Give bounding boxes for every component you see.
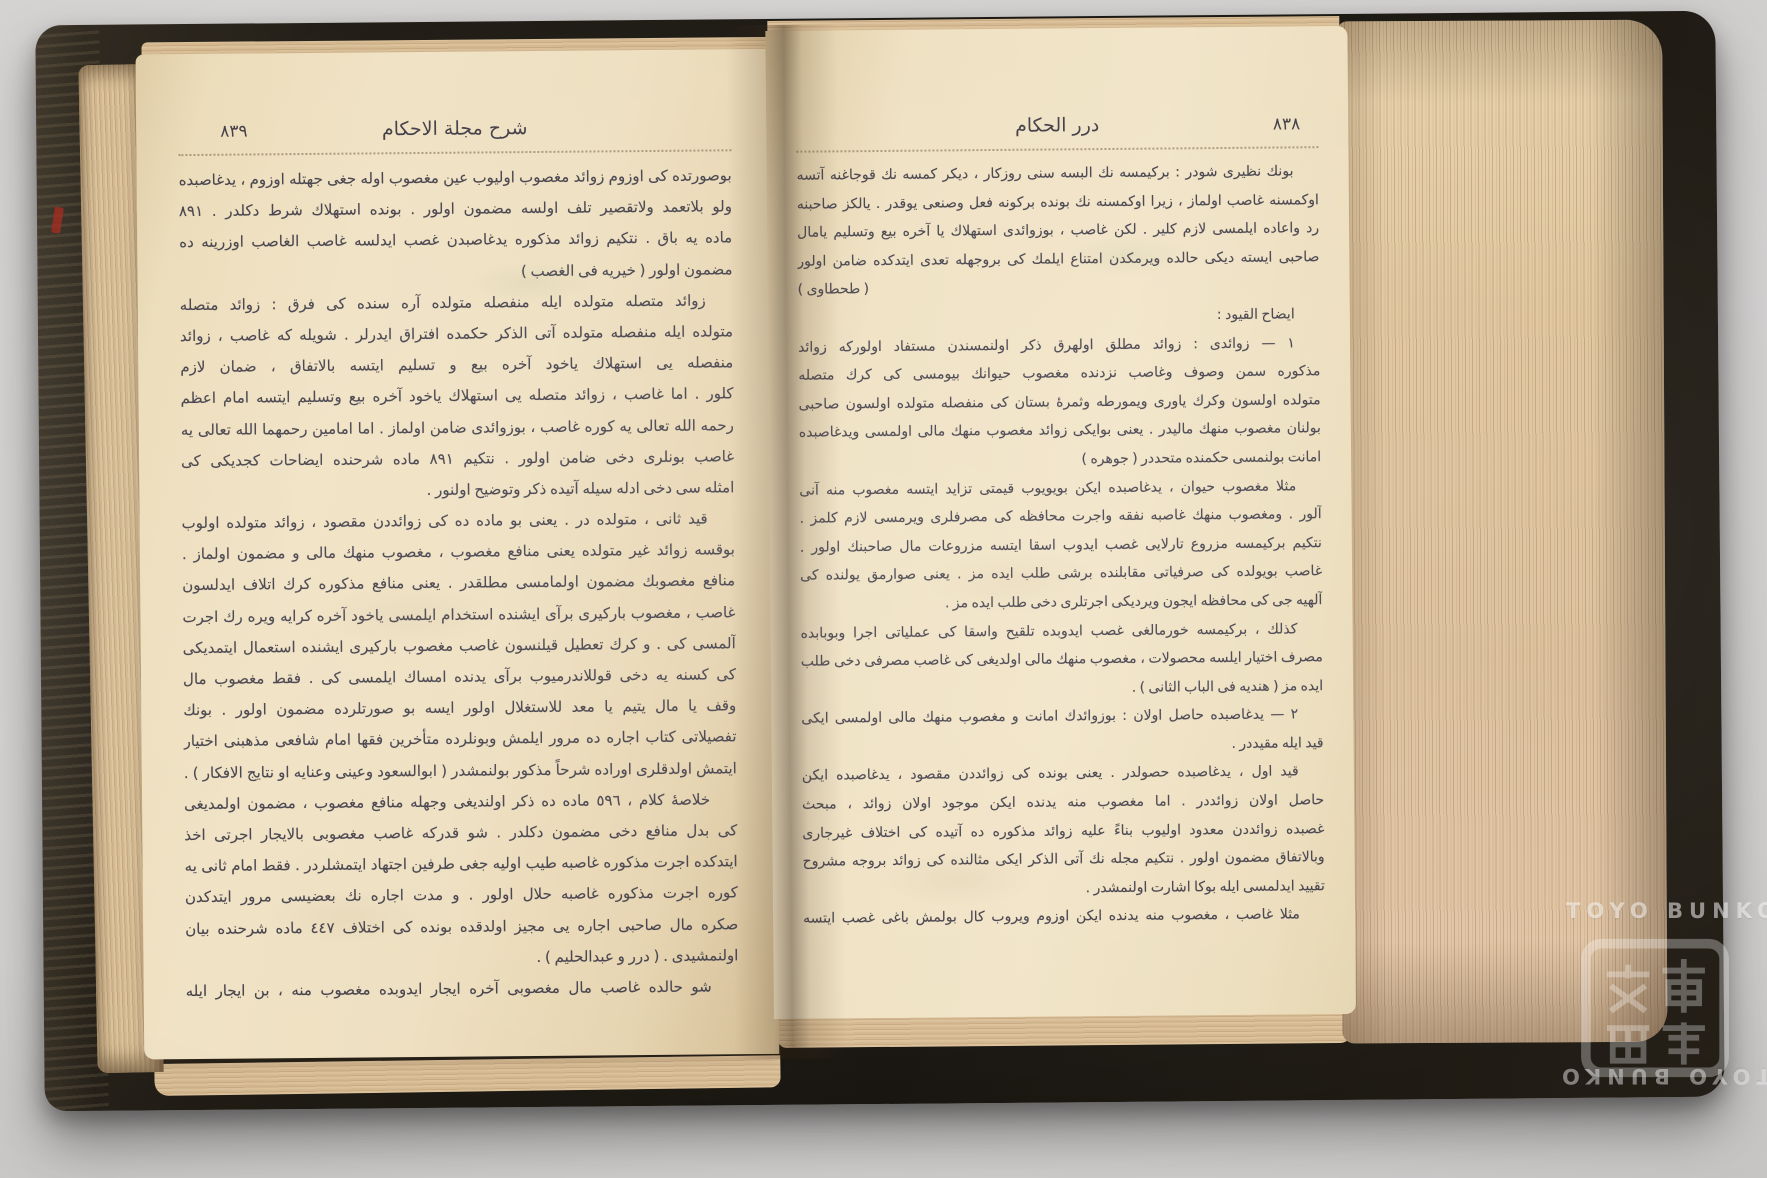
fore-edge-right	[1337, 20, 1667, 1044]
text-line: كى كسنه يه دخى قوللاندرميوب برآى يدنده ا…	[183, 659, 736, 695]
text-line: منافع مغصوبك مضمون اولمامسى مطلقدر . يعن…	[182, 566, 735, 602]
text-line: متولده اولسون وكرك ياورى ويمورطه وثمرهٔ …	[799, 386, 1321, 419]
text-line: كى بدل منافع دخى مضمون دكلدر . شو قدركه …	[184, 815, 737, 851]
text-line: كوره اجرت مذكوره غاصبه حلال اولور . و مد…	[185, 878, 738, 914]
right-page-header: درر الحكام ٨٣٨	[796, 112, 1318, 147]
text-line: ايده مز ( هنديه فى الباب الثانى ) .	[801, 672, 1323, 705]
header-rule	[178, 149, 731, 156]
text-line: مثلا غاصب ، مغصوب منه يدنده ايكن اوزوم و…	[803, 901, 1325, 934]
header-rule	[796, 146, 1318, 153]
text-line: امانت بولنمسى حكمنده متحددر ( جوهره )	[799, 443, 1321, 476]
text-line: ١ — زوائدى : زوائد مطلق اولهرق ذكر اولنم…	[798, 329, 1320, 362]
page-edge-shading	[1337, 20, 1667, 1044]
text-line: غصبده زوائددن معدود اوليوب بناءً عليه زو…	[802, 815, 1324, 848]
open-book: ٨٣٩ شرح مجلة الاحكام بوصورتده كى اوزوم ز…	[35, 11, 1724, 1112]
text-line: اوكمسنه غاصب اولماز ، زيرا اوكمسنه نك بو…	[797, 186, 1319, 219]
text-line: مذكوره سمن وصوف وغاصب نزدنده مغصوب حيوان…	[798, 357, 1320, 390]
right-page-title: درر الحكام	[796, 112, 1318, 139]
text-line: بوصورتده كى اوزوم زوائد مغصوب اوليوب عين…	[179, 160, 732, 196]
text-line: زوائد متصله متولده ايله منفصله متولده آر…	[180, 285, 733, 321]
text-line: آلهيه جى كى محافظه ايجون ويرديكى اجرتلرى…	[800, 586, 1322, 619]
left-page-title: شرح مجلة الاحكام	[178, 115, 731, 142]
text-line: وبالاتفاق مضمون اولور . نتكيم مجله نك آت…	[803, 843, 1325, 876]
text-line: خلاصهٔ كلام ، ٥٩٦ ماده ده ذكر اولنديغى و…	[184, 784, 737, 820]
left-page-header: ٨٣٩ شرح مجلة الاحكام	[178, 115, 731, 150]
right-page: درر الحكام ٨٣٨ بونك نظيرى شودر : بركيمسه…	[765, 26, 1356, 1019]
text-line: آلمسى كى . و كرك تعطيل قيلنسون غاصب مغصو…	[183, 628, 736, 664]
text-line: نتكيم بركيمسه مزروع تارلايى غصب ايدوب اس…	[800, 529, 1322, 562]
text-line: صكره مال صاحبى اجاره يى مجيز اولدقده بون…	[185, 909, 738, 945]
text-line: آلور . ومغصوب منهك غاصبه نفقه واجرت محاف…	[800, 500, 1322, 533]
text-line: ايتمش اولدقلرى اوراده شرحاً مذكور بولنمش…	[184, 753, 737, 789]
text-line: مثلا مغصوب حيوان ، يدغاصبده ايكن بويويوب…	[799, 472, 1321, 505]
text-line: حاصل اولان زوائددر . اما مغصوب منه يدنده…	[802, 786, 1324, 819]
text-line: اولنمشيدى . ( درر و عبدالحليم ) .	[185, 940, 738, 976]
text-line: صاحبى ايسته ديكى حالده ويرمكدن امتناع اي…	[797, 243, 1319, 276]
text-line: قيد ايله مقيددر .	[802, 729, 1324, 762]
text-line: ايتدكده اجرت مذكوره غاصبه طيب اوليه جغى …	[185, 846, 738, 882]
text-line: غاصب بويولده كى صرفياتى مقابلنده برشى طل…	[800, 557, 1322, 590]
text-line: ( طحطاوى )	[798, 272, 1320, 305]
text-line: امثله سى دخى ادله سيله آتيده ذكر وتوضيح …	[181, 472, 734, 508]
text-line: شو حالده غاصب مال مغصوبى آخره ايجار ايدو…	[186, 971, 739, 1007]
text-line: مضمون اولور ( خيريه فى الغصب )	[179, 254, 732, 290]
text-line: ايضاح القيود :	[798, 300, 1320, 333]
text-line: مصرف اختيار ايلسه محصولات ، مغصوب منهك م…	[801, 643, 1323, 676]
text-line: بوقسه زوائد غير متولده يعنى منافع مغصوب …	[182, 535, 735, 571]
text-line: تقييد ايدلمسى ايله بوكا اشارت اولنمشدر .	[803, 872, 1325, 905]
text-line: غاصب بونلرى دخى ضامن اولور . نتكيم ٨٩١ م…	[181, 441, 734, 477]
text-line: قيد اول ، يدغاصبده حصولدر . يعنى بونده ك…	[802, 758, 1324, 791]
text-line: قيد ثانى ، متولده در . يعنى بو ماده ده ك…	[182, 503, 735, 539]
book-photo-scene: ٨٣٩ شرح مجلة الاحكام بوصورتده كى اوزوم ز…	[0, 0, 1767, 1178]
left-page: ٨٣٩ شرح مجلة الاحكام بوصورتده كى اوزوم ز…	[136, 49, 780, 1060]
text-line: بولنان مغصوب منهك ماليدر . يعنى بوايكى ز…	[799, 414, 1321, 447]
left-text-column: بوصورتده كى اوزوم زوائد مغصوب اوليوب عين…	[179, 160, 739, 1007]
text-line: متولده ايله منفصله متولده آتى الذكر حكمد…	[180, 316, 733, 352]
text-line: وقف يا مال يتيم يا معد للاستغلال اولور ا…	[183, 690, 736, 726]
text-line: غاصب ، مغصوب باركيرى برآى ايشنده استخدام…	[182, 597, 735, 633]
text-line: كلور . اما غاصب ، زوائد متصله يى استهلاك…	[180, 379, 733, 415]
text-line: رد واعاده ايلمسى لازم كلير . لكن غاصب ، …	[797, 214, 1319, 247]
text-line: منفصله يى استهلاك ياخود آخره بيع و تسليم…	[180, 347, 733, 383]
text-line: ماده يه باق . نتكيم زوائد مذكوره يدغاصبد…	[179, 223, 732, 259]
text-line: كذلك ، بركيمسه خورمالغى غصب ايدوبده تلقي…	[801, 615, 1323, 648]
text-line: ٢ — يدغاصبده حاصل اولان : بوزوائدك امانت…	[801, 700, 1323, 733]
text-line: بونك نظيرى شودر : بركيمسه نك البسه سنى ر…	[797, 157, 1319, 190]
text-line: ولو بلاتعمد ولاتقصير تلف اولسه مضمون اول…	[179, 191, 732, 227]
right-text-column: بونك نظيرى شودر : بركيمسه نك البسه سنى ر…	[797, 157, 1326, 934]
right-page-number: ٨٣٨	[1273, 114, 1301, 134]
text-line: رحمه الله تعالى يه كوره غاصب ، بوزوائدى …	[181, 410, 734, 446]
text-line: تفصيلاتى كتاب اجاره ده مرور ايلمش وبونلر…	[183, 722, 736, 758]
